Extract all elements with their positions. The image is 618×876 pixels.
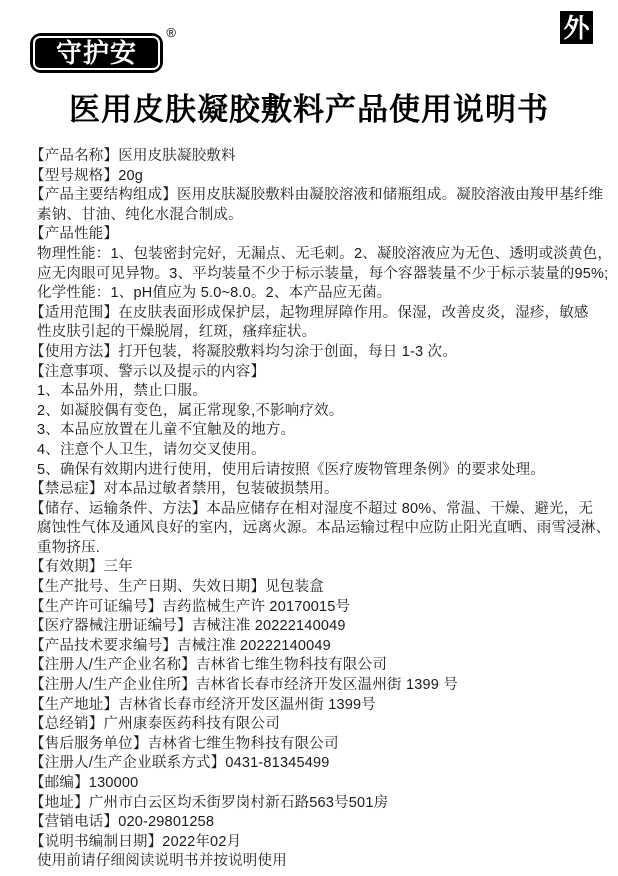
body-line: 【适用范围】在皮肤表面形成保护层，起物理屏障作用。保湿，改善皮炎，湿疹，敏感	[30, 304, 600, 324]
body-line: 腐蚀性气体及通风良好的室内，远离火源。本品运输过程中应防止阳光直晒、雨雪浸淋、	[30, 519, 600, 539]
body-line: 【说明书编制日期】2022年02月	[30, 833, 600, 853]
body-line: 【售后服务单位】吉林省七维生物科技有限公司	[30, 735, 600, 755]
body-line: 【总经销】广州康泰医药科技有限公司	[30, 715, 600, 735]
body-line: 【产品技术要求编号】吉械注准 20222140049	[30, 637, 600, 657]
body-line: 使用前请仔细阅读说明书并按说明使用	[30, 852, 600, 872]
body-line: 3、本品应放置在儿童不宜触及的地方。	[30, 421, 600, 441]
body-line: 1、本品外用，禁止口服。	[30, 382, 600, 402]
body-line: 【医疗器械注册证编号】吉械注准 20222140049	[30, 617, 600, 637]
body-line: 4、注意个人卫生，请勿交叉使用。	[30, 441, 600, 461]
body-line: 重物挤压.	[30, 539, 600, 559]
body-line: 【产品性能】	[30, 225, 600, 245]
body-line: 【注册人/生产企业名称】吉林省七维生物科技有限公司	[30, 656, 600, 676]
body-line: 【储存、运输条件、方法】本品应储存在相对湿度不超过 80%、常温、干燥、避光，无	[30, 500, 600, 520]
instruction-leaflet-page: 外 守护安 ® 医用皮肤凝胶敷料产品使用说明书 【产品名称】医用皮肤凝胶敷料【型…	[0, 0, 618, 876]
document-body: 【产品名称】医用皮肤凝胶敷料【型号规格】20g【产品主要结构组成】医用皮肤凝胶敷…	[30, 147, 600, 872]
external-use-badge: 外	[560, 11, 593, 44]
body-line: 【有效期】三年	[30, 558, 600, 578]
body-line: 应无肉眼可见异物。3、平均装量不少于标示装量，每个容器装量不少于标示装量的95%…	[30, 265, 600, 285]
body-line: 【注册人/生产企业住所】吉林省长春市经济开发区温州街 1399 号	[30, 676, 600, 696]
brand-logo: 守护安 ®	[30, 33, 163, 73]
body-line: 2、如凝胶偶有变色，属正常现象,不影响疗效。	[30, 402, 600, 422]
body-line: 【注册人/生产企业联系方式】0431-81345499	[30, 754, 600, 774]
body-line: 【产品名称】医用皮肤凝胶敷料	[30, 147, 600, 167]
body-line: 【营销电话】020-29801258	[30, 813, 600, 833]
body-line: 化学性能：1、pH值应为 5.0~8.0。2、本产品应无菌。	[30, 284, 600, 304]
body-line: 物理性能：1、包装密封完好，无漏点、无毛刺。2、凝胶溶液应为无色、透明或淡黄色，	[30, 245, 600, 265]
registered-trademark-icon: ®	[166, 26, 176, 39]
body-line: 【地址】广州市白云区均禾街罗岗村新石路563号501房	[30, 794, 600, 814]
body-line: 素钠、甘油、纯化水混合制成。	[30, 206, 600, 226]
body-line: 5、确保有效期内进行使用，使用后请按照《医疗废物管理条例》的要求处理。	[30, 461, 600, 481]
body-line: 【型号规格】20g	[30, 167, 600, 187]
body-line: 【注意事项、警示以及提示的内容】	[30, 363, 600, 383]
body-line: 【生产批号、生产日期、失效日期】见包装盒	[30, 578, 600, 598]
body-line: 【邮编】130000	[30, 774, 600, 794]
brand-logo-box: 守护安	[30, 33, 163, 73]
body-line: 【生产许可证编号】吉药监械生产许 20170015号	[30, 598, 600, 618]
body-line: 【产品主要结构组成】医用皮肤凝胶敷料由凝胶溶液和储瓶组成。凝胶溶液由羧甲基纤维	[30, 186, 600, 206]
body-line: 【使用方法】打开包装，将凝胶敷料均匀涂于创面，每日 1-3 次。	[30, 343, 600, 363]
brand-logo-text: 守护安	[56, 40, 137, 66]
page-title: 医用皮肤凝胶敷料产品使用说明书	[0, 84, 618, 129]
body-line: 性皮肤引起的干燥脱屑，红斑，瘙痒症状。	[30, 323, 600, 343]
body-line: 【禁忌症】对本品过敏者禁用，包装破损禁用。	[30, 480, 600, 500]
body-line: 【生产地址】吉林省长春市经济开发区温州街 1399号	[30, 696, 600, 716]
